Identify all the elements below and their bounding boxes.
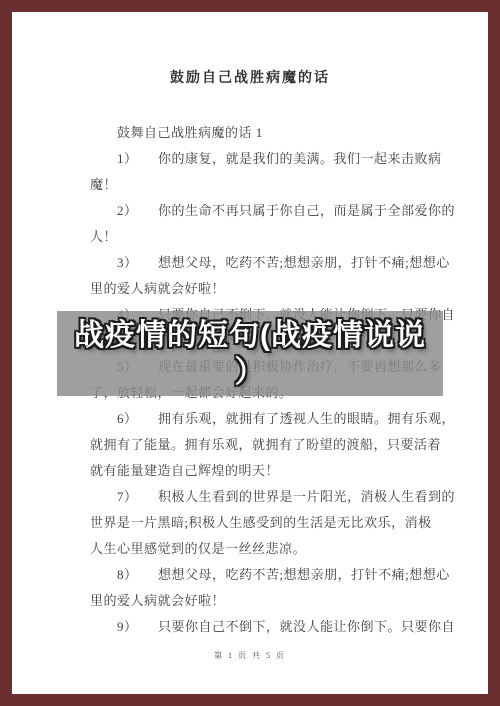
text-line: 1） 你的康复，就是我们的美满。我们一起来击败病 [90,146,458,172]
text-line: 魔！ [90,172,458,198]
text-line: 鼓舞自己战胜病魔的话 1 [90,120,458,146]
document-frame: 鼓励自己战胜病魔的话 鼓舞自己战胜病魔的话 11） 你的康复，就是我们的美满。我… [0,0,500,706]
text-line: 就拥有了能量。拥有乐观，就拥有了盼望的渡船，只要活着 [90,432,458,458]
text-line: 人！ [90,224,458,250]
text-line: 人生心里感觉到的仅是一丝丝悲凉。 [90,536,458,562]
text-line: 6） 拥有乐观，就拥有了透视人生的眼睛。拥有乐观， [90,406,458,432]
text-line: 9） 只要你自己不倒下，就没人能让你倒下。只要你自 [90,614,458,640]
text-line: 里的爱人病就会好啦！ [90,588,458,614]
document-title: 鼓励自己战胜病魔的话 [12,69,488,89]
text-line: 8） 想想父母，吃药不苦;想想亲朋，打针不痛;想想心 [90,562,458,588]
text-line: 7） 积极人生看到的世界是一片阳光，消极人生看到的 [90,484,458,510]
overlay-title-line2: ） [235,354,266,391]
overlay-title-line1: 战疫情的短句(战疫情说说 [74,317,426,354]
text-line: 里的爱人病就会好啦！ [90,276,458,302]
text-line: 2） 你的生命不再只属于你自己，而是属于全部爱你的 [90,198,458,224]
text-line: 3） 想想父母，吃药不苦;想想亲朋，打针不痛;想想心 [90,250,458,276]
text-line: 世界是一片黑暗;积极人生感受到的生活是无比欢乐，消极 [90,510,458,536]
text-line: 就有能量建造自己辉煌的明天！ [90,458,458,484]
watermark-overlay-band: 战疫情的短句(战疫情说说 ） [57,311,443,396]
page-number: 第 1 页 共 5 页 [12,650,488,662]
